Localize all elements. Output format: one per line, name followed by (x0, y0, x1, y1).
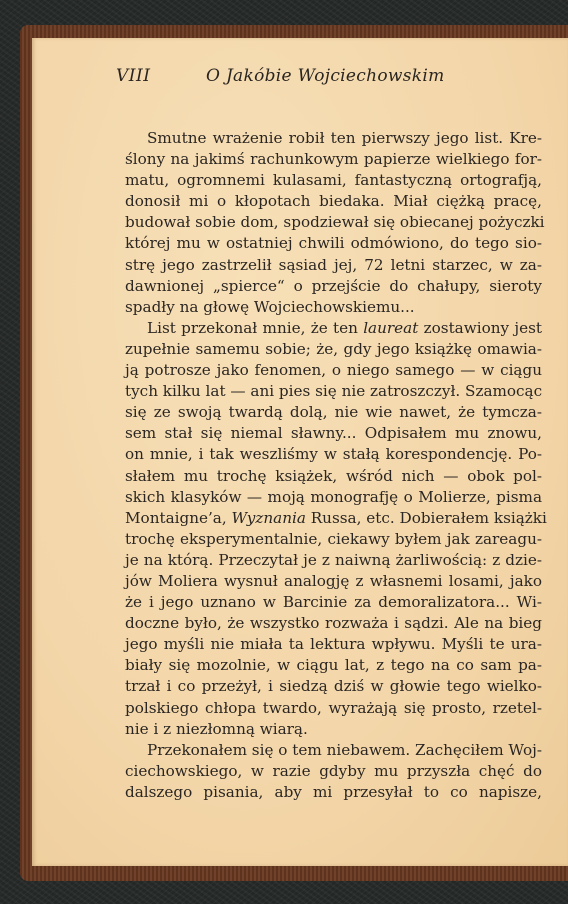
page-number: VIII (116, 66, 150, 86)
text-line: biały się mozolnie, w ciągu lat, z tego … (125, 655, 542, 676)
text-line: zupełnie samemu sobie; że, gdy jego ksią… (125, 339, 542, 360)
text-line: matu, ogromnemi kulasami, fantastyczną o… (125, 170, 542, 191)
text-line: ciechowskiego, w razie gdyby mu przyszła… (125, 761, 542, 782)
text-run: Montaigne’a, (125, 509, 232, 527)
text-line: je na którą. Przeczytał je z naiwną żarl… (125, 550, 542, 571)
running-title: O Jakóbie Wojciechowskim (206, 66, 445, 86)
text-line: trzał i co przeżył, i siedzą dziś w głow… (125, 676, 542, 697)
body-text: Smutne wrażenie robił ten pierwszy jego … (125, 128, 542, 803)
text-line: której mu w ostatniej chwili odmówiono, … (125, 233, 542, 254)
text-line: sem stał się niemal sławny... Odpisałem … (125, 423, 542, 444)
text-line: Smutne wrażenie robił ten pierwszy jego … (125, 128, 542, 149)
text-line: Montaigne’a, Wyznania Russa, etc. Dobier… (125, 508, 542, 529)
text-line: doczne było, że wszystko rozważa i sądzi… (125, 613, 542, 634)
text-line: dawnionej „spierce“ o przejście do chału… (125, 276, 542, 297)
italic-term: laureat (363, 319, 418, 337)
text-line: jego myśli nie miała ta lektura wpływu. … (125, 634, 542, 655)
text-run: Russa, etc. Dobierałem książki (306, 509, 547, 527)
text-line: budował sobie dom, spodziewał się obieca… (125, 212, 542, 233)
text-line: donosił mi o kłopotach biedaka. Miał cię… (125, 191, 542, 212)
text-line: słałem mu trochę książek, wśród nich — o… (125, 466, 542, 487)
text-line: ślony na jakimś rachunkowym papierze wie… (125, 149, 542, 170)
text-line: spadły na głowę Wojciechowskiemu... (125, 297, 542, 318)
text-line: dalszego pisania, aby mi przesyłał to co… (125, 782, 542, 803)
text-line: Przekonałem się o tem niebawem. Zachęcił… (125, 740, 542, 761)
text-line: jów Moliera wysnuł analogję z własnemi l… (125, 571, 542, 592)
text-line: trochę eksperymentalnie, ciekawy byłem j… (125, 529, 542, 550)
text-line: tych kilku lat — ani pies się nie zatros… (125, 381, 542, 402)
text-run: List przekonał mnie, że ten (147, 319, 363, 337)
text-line: List przekonał mnie, że ten laureat zost… (125, 318, 542, 339)
text-line: skich klasyków — moją monografję o Molie… (125, 487, 542, 508)
text-line: on mnie, i tak weszliśmy w stałą korespo… (125, 444, 542, 465)
text-line: ją potrosze jako fenomen, o niego samego… (125, 360, 542, 381)
text-run: zostawiony jest (418, 319, 542, 337)
text-line: nie i z niezłomną wiarą. (125, 719, 542, 740)
italic-term: Wyznania (232, 509, 306, 527)
text-line: polskiego chłopa twardo, wyrażają się pr… (125, 698, 542, 719)
text-line: że i jego uznano w Barcinie za demoraliz… (125, 592, 542, 613)
text-line: się ze swoją twardą dolą, nie wie nawet,… (125, 402, 542, 423)
running-header: VIII O Jakóbie Wojciechowskim (0, 66, 568, 90)
text-line: strę jego zastrzelił sąsiad jej, 72 letn… (125, 255, 542, 276)
